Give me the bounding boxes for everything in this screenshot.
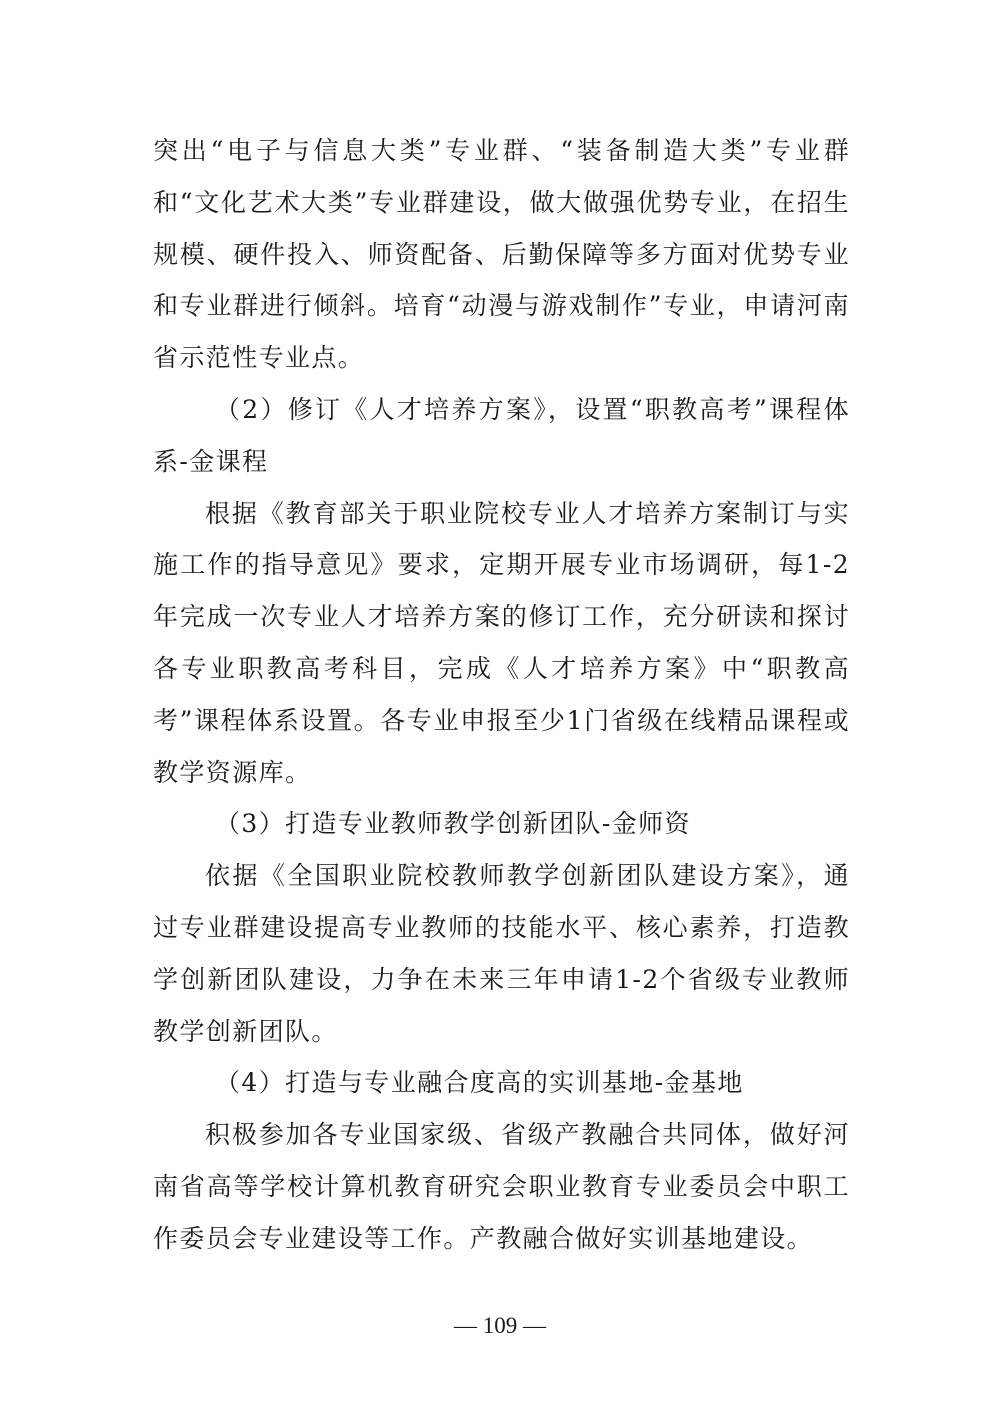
- page-number: — 109 —: [0, 1313, 1000, 1339]
- heading-talent-training-plan: （2）修订《人才培养方案》，设置“职教高考”课程体系-金课程: [153, 384, 850, 488]
- paragraph-training-base: 积极参加各专业国家级、省级产教融合共同体，做好河南省高等学校计算机教育研究会职业…: [153, 1109, 850, 1264]
- document-page: 突出“电子与信息大类”专业群、“装备制造大类”专业群和“文化艺术大类”专业群建设…: [0, 0, 1000, 1414]
- heading-training-base: （4）打造与专业融合度高的实训基地-金基地: [153, 1057, 850, 1109]
- paragraph-talent-training-plan: 根据《教育部关于职业院校专业人才培养方案制订与实施工作的指导意见》要求，定期开展…: [153, 488, 850, 799]
- paragraph-specialty-groups: 突出“电子与信息大类”专业群、“装备制造大类”专业群和“文化艺术大类”专业群建设…: [153, 125, 850, 384]
- document-body: 突出“电子与信息大类”专业群、“装备制造大类”专业群和“文化艺术大类”专业群建设…: [153, 125, 850, 1265]
- heading-teaching-team: （3）打造专业教师教学创新团队-金师资: [153, 798, 850, 850]
- paragraph-teaching-team: 依据《全国职业院校教师教学创新团队建设方案》，通过专业群建设提高专业教师的技能水…: [153, 850, 850, 1057]
